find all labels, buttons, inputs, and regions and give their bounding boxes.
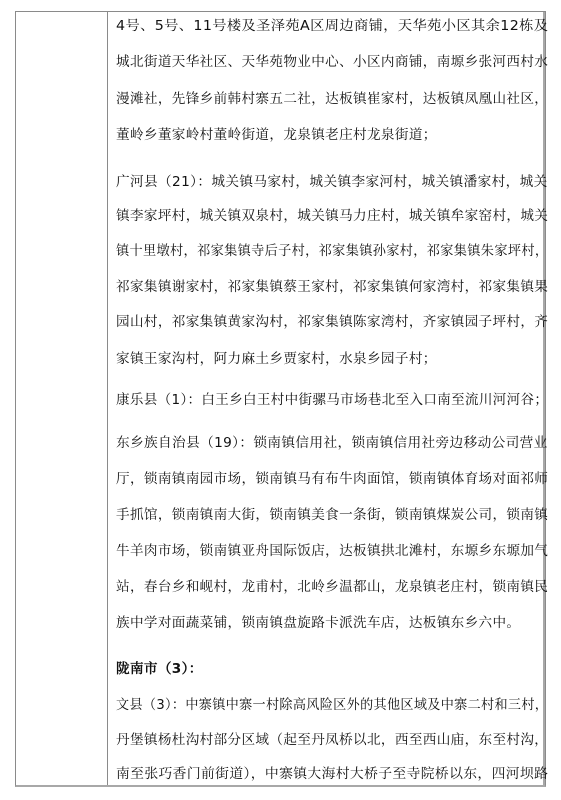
text-line: 祁家集镇谢家村，祁家集镇蔡王家村，祁家集镇何家湾村，祁家集镇果 [116, 278, 548, 296]
text-line: 家镇王家沟村，阿力麻土乡贾家村，水泉乡园子村； [116, 350, 437, 368]
text-line: 4号、5号、11号楼及圣泽苑A区周边商铺，天华苑小区其余12栋及 [116, 17, 548, 35]
text-line: 园山村，祁家集镇黄家沟村，祁家集镇陈家湾村，齐家镇园子坪村，齐 [116, 313, 548, 331]
text-line: 镇李家坪村，城关镇双泉村，城关镇马力庄村，城关镇牟家窑村，城关 [116, 207, 548, 225]
text-line: 城北街道天华社区、天华苑物业中心、小区内商铺，南塬乡张河西村水 [116, 53, 548, 71]
text-line: 手抓馆，锁南镇南大街，锁南镇美食一条街，锁南镇煤炭公司，锁南镇 [116, 506, 548, 524]
text-line: 站，春台乡和岘村，龙甫村，北岭乡温都山，龙泉镇老庄村，锁南镇民 [116, 578, 548, 596]
text-line: 漫滩社，先锋乡前韩村寨五二社，达板镇崔家村，达板镇凤凰山社区， [116, 90, 548, 108]
region-table: 4号、5号、11号楼及圣泽苑A区周边商铺，天华苑小区其余12栋及 城北街道天华社… [15, 11, 546, 787]
table-left-column-cell [16, 12, 108, 785]
text-line: 厅，锁南镇南园市场，锁南镇马有布牛肉面馆，锁南镇体育场对面祁师 [116, 470, 548, 488]
text-line: 族中学对面蔬菜铺，锁南镇盘旋路卡派洗车店，达板镇东乡六中。 [116, 614, 520, 632]
text-line: 镇十里墩村，祁家集镇寺后子村，祁家集镇孙家村，祁家集镇朱家坪村， [116, 242, 548, 260]
text-line: 牛羊肉市场，锁南镇亚舟国际饭店，达板镇拱北滩村，东塬乡东塬加气 [116, 542, 548, 560]
text-line: 广河县（21）：城关镇马家村，城关镇李家河村，城关镇潘家村，城关 [116, 173, 548, 191]
text-line: 丹堡镇杨杜沟村部分区域（起至丹凤桥以北，西至西山庙，东至村沟， [116, 731, 548, 749]
text-line: 南至张巧香门前街道），中寨镇大海村大桥子至寺院桥以东，四河坝路 [116, 765, 548, 783]
section-heading-text: 陇南市（3）： [116, 660, 203, 678]
text-line: 文县（3）：中寨镇中寨一村除高风险区外的其他区域及中寨二村和三村， [116, 696, 548, 714]
text-line: 康乐县（1）：白王乡白王村中街骡马市场巷北至入口南至流川河河谷； [116, 391, 548, 409]
text-line: 东乡族自治县（19）：锁南镇信用社，锁南镇信用社旁边移动公司营业 [116, 434, 548, 452]
text-line: 董岭乡董家岭村董岭街道，龙泉镇老庄村龙泉街道； [116, 126, 437, 144]
